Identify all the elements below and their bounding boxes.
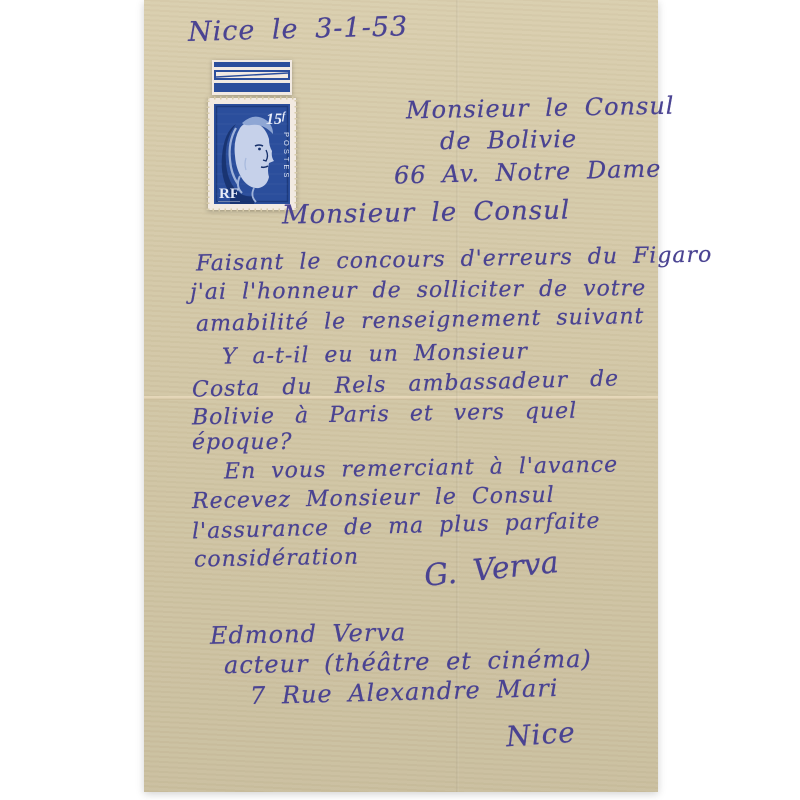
stamp-rf-initials: RF xyxy=(219,186,239,202)
closing-line: considération xyxy=(194,545,360,573)
stamp-postes-inscription: POSTES xyxy=(282,132,291,180)
stamp-body: 15f POSTES RF xyxy=(208,98,296,210)
body-line: j'ai l'honneur de solliciter de votre xyxy=(190,276,646,305)
body-line: Bolivie à Paris et vers quel xyxy=(192,399,578,431)
closing-line: l'assurance de ma plus parfaite xyxy=(192,509,601,545)
recipient-line: 66 Av. Notre Dame xyxy=(394,155,662,190)
letter-paper: Nice le 3-1-53 xyxy=(144,0,658,792)
scanned-letter-photo: Nice le 3-1-53 xyxy=(0,0,800,800)
stamp-sheet-margin xyxy=(212,60,292,95)
city-line: Nice xyxy=(505,716,577,754)
closing-line: En vous remerciant à l'avance xyxy=(224,453,619,485)
closing-line: Recevez Monsieur le Consul xyxy=(192,483,555,514)
body-line: amabilité le renseignement suivant xyxy=(196,304,645,337)
sender-line: 7 Rue Alexandre Mari xyxy=(250,674,559,710)
postage-stamp: 15f POSTES RF xyxy=(206,60,298,212)
signature: G. Verva xyxy=(423,545,561,594)
body-line: époque? xyxy=(192,430,292,455)
recipient-line: Monsieur le Consul xyxy=(406,92,675,125)
date-line: Nice le 3-1-53 xyxy=(188,11,409,48)
sender-line: Edmond Verva xyxy=(210,618,407,649)
body-line: Y a-t-il eu un Monsieur xyxy=(222,339,528,369)
body-line: Faisant le concours d'erreurs du Figaro xyxy=(196,242,713,276)
salutation: Monsieur le Consul xyxy=(282,195,571,230)
recipient-line: de Bolivie xyxy=(440,125,578,155)
